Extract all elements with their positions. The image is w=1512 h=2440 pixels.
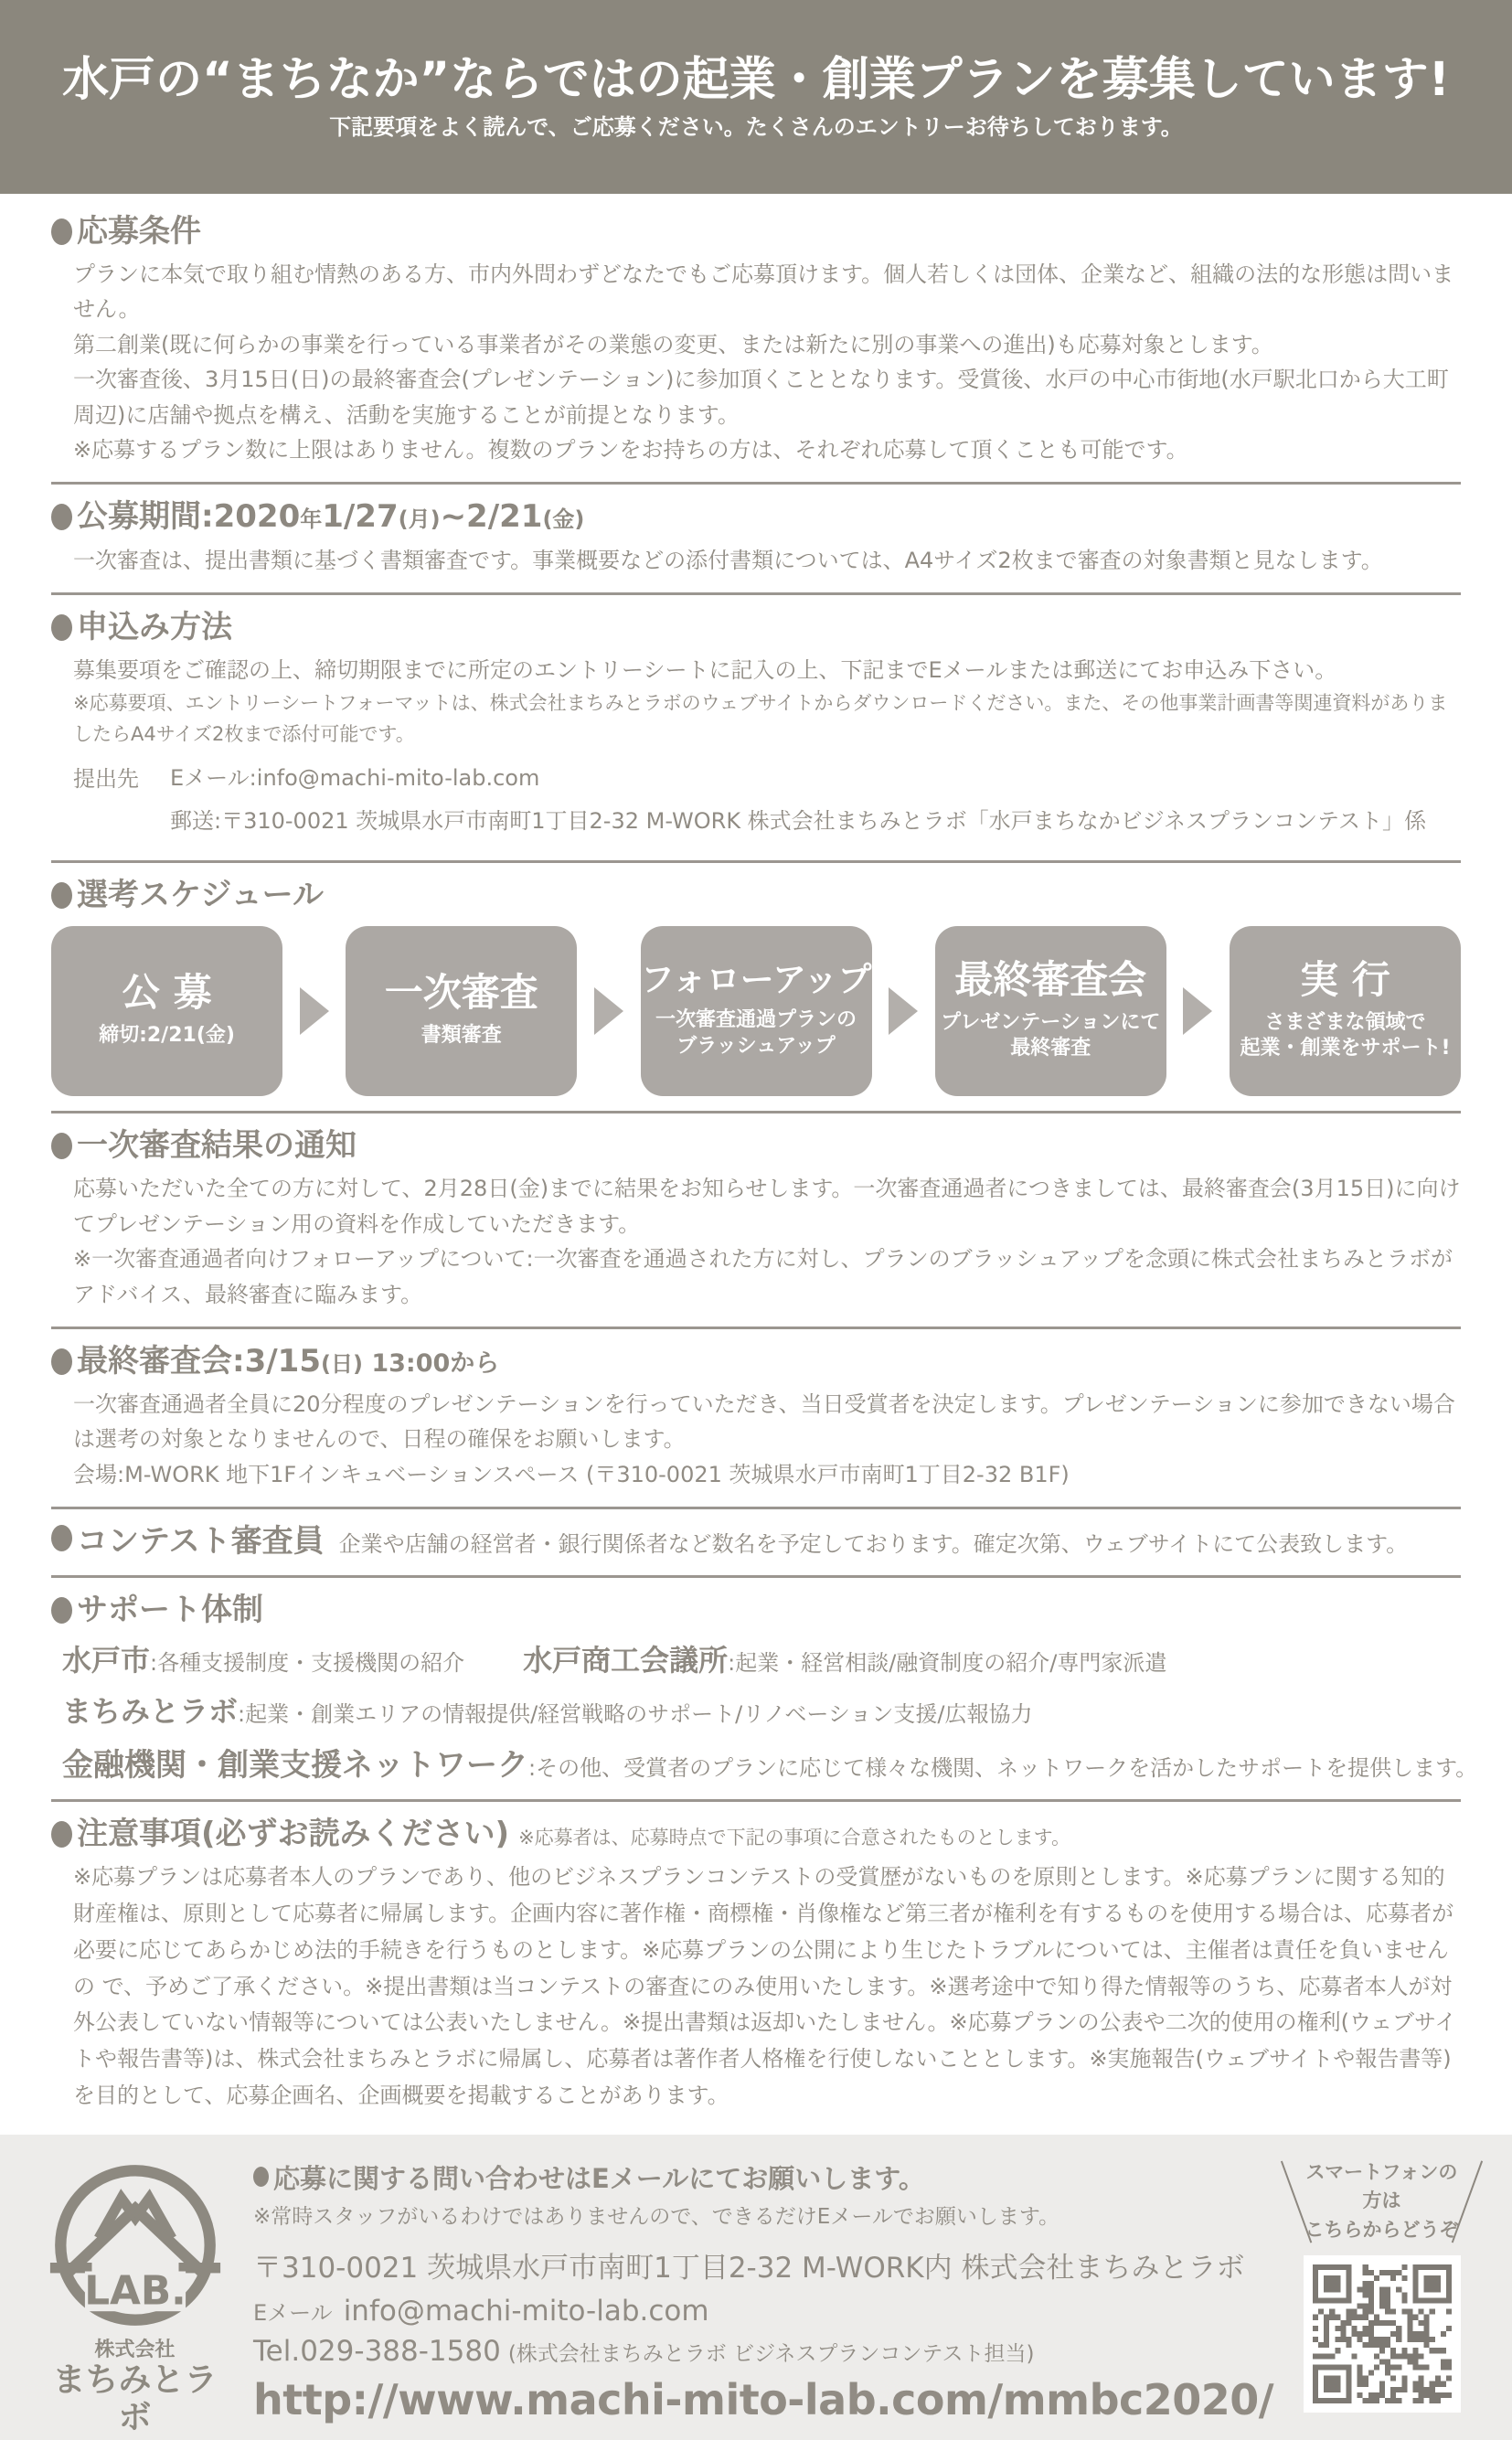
support-lab-name: まちみとラボ — [62, 1689, 238, 1731]
period-body: 一次審査は、提出書類に基づく書類審査です。事業概要などの添付書類については、A4… — [73, 543, 1461, 578]
conditions-paragraph-3: 一次審査後、3月15日(日)の最終審査会(プレゼンテーション)に参加頂くこととな… — [73, 362, 1461, 432]
support-cci-desc: :起業・経営相談/融資制度の紹介/専門家派遣 — [728, 1645, 1166, 1677]
flow-step-4: 最終審査会 プレゼンテーションにて 最終審査 — [935, 926, 1166, 1096]
flow-step-1: 公 募 締切:2/21(金) — [51, 926, 282, 1096]
company-logo-block: LAB. 株式会社 まちみとラボ — [37, 2158, 233, 2437]
section-bullet-icon — [51, 1348, 72, 1375]
section-judges-heading: コンテスト審査員 企業や店舗の経営者・銀行関係者など数名を予定しております。確定… — [51, 1524, 1461, 1561]
section-apply-heading: 申込み方法 — [51, 610, 1461, 645]
section-divider — [51, 1799, 1461, 1802]
section-bullet-icon — [51, 1133, 72, 1159]
section-notes-title: 注意事項(必ずお読みください) — [77, 1817, 509, 1852]
support-mito-name: 水戸市 — [62, 1637, 150, 1679]
conditions-paragraph-1: プランに本気で取り組む情熱のある方、市内外問わずどなたでもご応募頂けます。個人若… — [73, 257, 1461, 327]
notes-title-note: ※応募者は、応募時点で下記の事項に合意されたものとします。 — [518, 1823, 1070, 1850]
section-apply: 申込み方法 募集要項をご確認の上、締切期限までに所定のエントリーシートに記入の上… — [51, 610, 1461, 863]
footer: LAB. 株式会社 まちみとラボ 応募に関する問い合わせはEメールにてお願いしま… — [0, 2135, 1512, 2440]
section-conditions: 応募条件 プランに本気で取り組む情熱のある方、市内外問わずどなたでもご応募頂けま… — [51, 214, 1461, 485]
flow-step-2-sub: 書類審査 — [421, 1023, 502, 1050]
section-final-review-title: 最終審査会:3/15(日) 13:00から — [77, 1344, 499, 1380]
website-url: http://www.machi-mito-lab.com/mmbc2020/ — [253, 2375, 1283, 2424]
company-name: まちみとラボ — [37, 2361, 233, 2437]
support-finance-desc: :その他、受賞者のプランに応じて様々な機関、ネットワークを活かしたサポートを提供… — [528, 1750, 1477, 1782]
submit-to-label: 提出先 — [73, 761, 139, 846]
support-finance-name: 金融機関・創業支援ネットワーク — [62, 1740, 528, 1785]
flow-step-5: 実 行 さまざまな領域で 起業・創業をサポート! — [1230, 926, 1461, 1096]
support-cci-name: 水戸商工会議所 — [523, 1637, 728, 1679]
flyer-content: 応募条件 プランに本気で取り組む情熱のある方、市内外問わずどなたでもご応募頂けま… — [0, 194, 1512, 2115]
email-label: Eメール — [253, 2295, 333, 2327]
section-bullet-icon — [51, 614, 72, 641]
section-support-title: サポート体制 — [77, 1593, 263, 1628]
logo-lab-text: LAB. — [84, 2267, 186, 2314]
section-divider — [51, 1327, 1461, 1329]
email-address: info@machi-mito-lab.com — [344, 2295, 709, 2328]
section-bullet-icon — [253, 2167, 269, 2187]
section-conditions-title: 応募条件 — [77, 214, 201, 250]
header-banner: 水戸の“まちなか”ならではの起業・創業プランを募集しています! 下記要項をよく読… — [0, 0, 1512, 194]
section-divider — [51, 860, 1461, 863]
first-result-paragraph-2: ※一次審査通過者向けフォローアップについて:一次審査を通過された方に対し、プラン… — [73, 1241, 1461, 1312]
section-period-heading: 公募期間:2020年1/27(月)~2/21(金) — [51, 499, 1461, 535]
qr-note-line-2: こちらからどうぞ — [1304, 2216, 1458, 2245]
flow-step-3-sub: 一次審査通過プランの ブラッシュアップ — [655, 1007, 857, 1060]
footer-contact-block: 応募に関する問い合わせはEメールにてお願いします。 ※常時スタッフがいるわけでは… — [253, 2158, 1283, 2424]
conditions-paragraph-4: ※応募するプラン数に上限はありません。複数のプランをお持ちの方は、それぞれ応募し… — [73, 432, 1461, 467]
notes-body: ※応募プランは応募者本人のプランであり、他のビジネスプランコンテストの受賞歴がな… — [73, 1859, 1461, 2115]
section-divider — [51, 1111, 1461, 1113]
section-bullet-icon — [51, 882, 72, 909]
flow-step-5-label: 実 行 — [1300, 961, 1390, 999]
arrow-right-icon — [889, 987, 918, 1035]
section-notes-heading: 注意事項(必ずお読みください) ※応募者は、応募時点で下記の事項に合意されたもの… — [51, 1817, 1461, 1852]
support-lab-desc: :起業・創業エリアの情報提供/経営戦略のサポート/リノベーション支援/広報協力 — [238, 1696, 1032, 1728]
section-schedule-title: 選考スケジュール — [77, 878, 324, 913]
footer-email-row: Eメール info@machi-mito-lab.com — [253, 2295, 1283, 2328]
support-row-city-cci: 水戸市 :各種支援制度・支援機関の紹介 水戸商工会議所 :起業・経営相談/融資制… — [62, 1637, 1461, 1679]
conditions-paragraph-2: 第二創業(既に何らかの事業を行っている事業者がその業態の変更、または新たに別の事… — [73, 327, 1461, 362]
section-support-heading: サポート体制 — [51, 1593, 1461, 1628]
page-subtitle: 下記要項をよく読んで、ご応募ください。たくさんのエントリーお待ちしております。 — [329, 116, 1183, 138]
section-schedule: 選考スケジュール 公 募 締切:2/21(金) 一次審査 書類審査 フォローアッ… — [51, 878, 1461, 1113]
section-divider — [51, 1575, 1461, 1578]
flyer-page: { "colors": { "banner_bg": "#8b877d", "b… — [0, 0, 1512, 2440]
arrow-right-icon — [1183, 987, 1212, 1035]
submit-mail-line: 郵送:〒310-0021 茨城県水戸市南町1丁目2-32 M-WORK 株式会社… — [170, 804, 1426, 838]
section-first-result: 一次審査結果の通知 応募いただいた全ての方に対して、2月28日(金)までに結果を… — [51, 1128, 1461, 1329]
section-bullet-icon — [51, 1525, 72, 1551]
section-notes: 注意事項(必ずお読みください) ※応募者は、応募時点で下記の事項に合意されたもの… — [51, 1817, 1461, 2115]
apply-submit-block: 提出先 Eメール:info@machi-mito-lab.com 郵送:〒310… — [73, 761, 1461, 846]
footer-tel-row: Tel.029-388-1580 (株式会社まちみとラボ ビジネスプランコンテス… — [253, 2335, 1283, 2368]
section-final-review: 最終審査会:3/15(日) 13:00から 一次審査通過者全員に20分程度のプレ… — [51, 1344, 1461, 1509]
flow-step-1-label: 公 募 — [122, 974, 212, 1012]
section-judges-title: コンテスト審査員 — [77, 1524, 325, 1560]
flow-step-4-label: 最終審査会 — [954, 961, 1146, 999]
qr-code — [1304, 2255, 1461, 2413]
flow-step-2: 一次審査 書類審査 — [346, 926, 577, 1096]
support-mito-desc: :各種支援制度・支援機関の紹介 — [150, 1645, 464, 1677]
tel-number: Tel.029-388-1580 — [253, 2335, 501, 2368]
apply-paragraph-1: 募集要項をご確認の上、締切期限までに所定のエントリーシートに記入の上、下記までE… — [73, 653, 1461, 687]
section-period: 公募期間:2020年1/27(月)~2/21(金) 一次審査は、提出書類に基づく… — [51, 499, 1461, 594]
company-prefix: 株式会社 — [37, 2339, 233, 2361]
tel-note: (株式会社まちみとラボ ビジネスプランコンテスト担当) — [508, 2337, 1035, 2367]
flow-step-3: フォローアップ 一次審査通過プランの ブラッシュアップ — [641, 926, 872, 1096]
qr-block: スマートフォンの方は こちらからどうぞ — [1288, 2158, 1475, 2413]
company-logo-icon: LAB. — [48, 2158, 222, 2332]
flow-step-3-label: フォローアップ — [641, 963, 872, 996]
first-result-paragraph-1: 応募いただいた全ての方に対して、2月28日(金)までに結果をお知らせします。一次… — [73, 1171, 1461, 1241]
section-period-title: 公募期間:2020年1/27(月)~2/21(金) — [77, 499, 584, 535]
section-bullet-icon — [51, 218, 72, 245]
qr-note-line-1: スマートフォンの方は — [1304, 2158, 1458, 2216]
section-first-result-heading: 一次審査結果の通知 — [51, 1128, 1461, 1164]
section-final-review-heading: 最終審査会:3/15(日) 13:00から — [51, 1344, 1461, 1380]
section-apply-title: 申込み方法 — [77, 610, 232, 645]
apply-note: ※応募要項、エントリーシートフォーマットは、株式会社まちみとラボのウェブサイトか… — [73, 687, 1461, 750]
section-judges: コンテスト審査員 企業や店舗の経営者・銀行関係者など数名を予定しております。確定… — [51, 1524, 1461, 1578]
submit-email-line: Eメール:info@machi-mito-lab.com — [170, 761, 1426, 795]
section-first-result-title: 一次審査結果の通知 — [77, 1128, 357, 1164]
inquiry-title: 応募に関する問い合わせはEメールにてお願いします。 — [273, 2158, 925, 2196]
inquiry-heading: 応募に関する問い合わせはEメールにてお願いします。 — [253, 2158, 1283, 2196]
page-title: 水戸の“まちなか”ならではの起業・創業プランを募集しています! — [62, 57, 1450, 103]
flow-step-4-sub: プレゼンテーションにて 最終審査 — [941, 1010, 1160, 1062]
support-row-finance: 金融機関・創業支援ネットワーク :その他、受賞者のプランに応じて様々な機関、ネッ… — [62, 1740, 1461, 1785]
section-divider — [51, 482, 1461, 485]
flow-step-5-sub: さまざまな領域で 起業・創業をサポート! — [1240, 1010, 1450, 1062]
section-bullet-icon — [51, 1597, 72, 1624]
footer-address: 〒310-0021 茨城県水戸市南町1丁目2-32 M-WORK内 株式会社まち… — [253, 2244, 1283, 2286]
section-bullet-icon — [51, 504, 72, 530]
support-row-lab: まちみとラボ :起業・創業エリアの情報提供/経営戦略のサポート/リノベーション支… — [62, 1689, 1461, 1731]
section-schedule-heading: 選考スケジュール — [51, 878, 1461, 913]
inquiry-note: ※常時スタッフがいるわけではありませんので、できるだけEメールでお願いします。 — [253, 2200, 1283, 2230]
arrow-right-icon — [594, 987, 623, 1035]
judges-body: 企業や店舗の経営者・銀行関係者など数名を予定しております。確定次第、ウェブサイト… — [339, 1529, 1409, 1561]
section-support: サポート体制 水戸市 :各種支援制度・支援機関の紹介 水戸商工会議所 :起業・経… — [51, 1593, 1461, 1802]
flow-step-2-label: 一次審査 — [385, 974, 538, 1012]
final-review-paragraph: 一次審査通過者全員に20分程度のプレゼンテーションを行っていただき、当日受賞者を… — [73, 1387, 1461, 1457]
qr-note: スマートフォンの方は こちらからどうぞ — [1288, 2158, 1475, 2245]
final-review-venue: 会場:M-WORK 地下1Fインキュベーションスペース (〒310-0021 茨… — [73, 1457, 1461, 1492]
arrow-right-icon — [300, 987, 329, 1035]
section-bullet-icon — [51, 1821, 72, 1848]
section-conditions-heading: 応募条件 — [51, 214, 1461, 250]
schedule-flow: 公 募 締切:2/21(金) 一次審査 書類審査 フォローアップ 一次審査通過プ… — [51, 926, 1461, 1096]
section-divider — [51, 1507, 1461, 1509]
flow-step-1-sub: 締切:2/21(金) — [99, 1023, 235, 1050]
section-divider — [51, 592, 1461, 595]
